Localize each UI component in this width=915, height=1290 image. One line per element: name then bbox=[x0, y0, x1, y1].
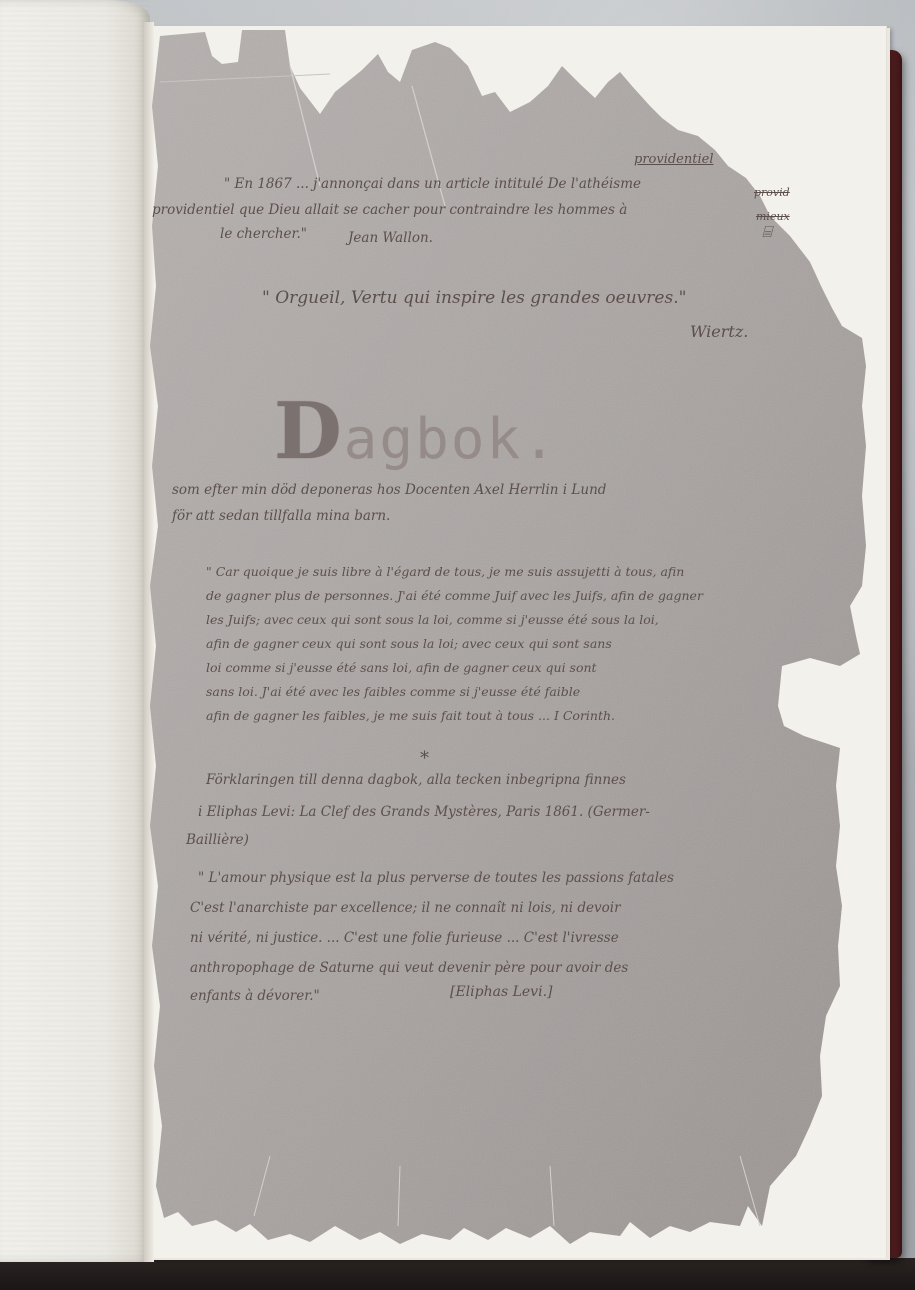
epigraph-1-line-1: " En 1867 ... j'annonçai dans un article… bbox=[224, 176, 641, 192]
left-book-page-blank bbox=[0, 0, 150, 1262]
intro-line-2: för att sedan tillfalla mina barn. bbox=[172, 508, 390, 524]
manuscript-facsimile: providentiel " En 1867 ... j'annonçai da… bbox=[150, 26, 868, 1258]
section-separator-asterisk: * bbox=[420, 748, 429, 769]
corinthians-line-4: afin de gagner ceux qui sont sous la loi… bbox=[206, 636, 612, 651]
margin-mark-icon: ⌸ bbox=[762, 222, 772, 242]
corinthians-line-2: de gagner plus de personnes. J'ai été co… bbox=[206, 588, 703, 603]
epigraph-2-attribution: Wiertz. bbox=[690, 322, 748, 341]
intro-line-1: som efter min död deponeras hos Docenten… bbox=[172, 482, 606, 498]
table-edge-shadow bbox=[0, 1258, 915, 1290]
corinthians-line-3: les Juifs; avec ceux qui sont sous la lo… bbox=[206, 612, 659, 627]
corinthians-line-6: sans loi. J'ai été avec les faibles comm… bbox=[206, 684, 580, 699]
explanation-line-1: Förklaringen till denna dagbok, alla tec… bbox=[206, 772, 626, 788]
epigraph-1-line-3: le chercher." bbox=[220, 226, 307, 242]
explanation-line-2: i Eliphas Levi: La Clef des Grands Mystè… bbox=[198, 804, 650, 820]
title-initial: D bbox=[274, 386, 344, 477]
corinthians-line-5: loi comme si j'eusse été sans loi, afin … bbox=[206, 660, 597, 675]
title-rest: agbok bbox=[344, 407, 523, 472]
corinthians-line-7: afin de gagner les faibles, je me suis f… bbox=[206, 708, 615, 723]
levi-attribution: [Eliphas Levi.] bbox=[450, 984, 552, 1000]
explanation-line-3: Baillière) bbox=[186, 832, 249, 848]
levi-line-3: ni vérité, ni justice. ... C'est une fol… bbox=[190, 930, 619, 946]
epigraph-1-line-2: providentiel que Dieu allait se cacher p… bbox=[152, 202, 627, 218]
corinthians-line-1: " Car quoique je suis libre à l'égard de… bbox=[206, 564, 684, 579]
diary-title: Dagbok. bbox=[274, 386, 558, 477]
margin-insert-providentiel: providentiel bbox=[634, 152, 714, 167]
title-period: . bbox=[522, 407, 558, 472]
epigraph-1-attribution: Jean Wallon. bbox=[348, 230, 433, 246]
levi-line-2: C'est l'anarchiste par excellence; il ne… bbox=[190, 900, 621, 916]
epigraph-2-quote: " Orgueil, Vertu qui inspire les grandes… bbox=[262, 288, 686, 308]
levi-line-5: enfants à dévorer." bbox=[190, 988, 320, 1004]
struck-marginalia-1: provid bbox=[754, 186, 790, 199]
levi-line-4: anthropophage de Saturne qui veut deveni… bbox=[190, 960, 628, 976]
levi-line-1: " L'amour physique est la plus perverse … bbox=[198, 870, 674, 886]
